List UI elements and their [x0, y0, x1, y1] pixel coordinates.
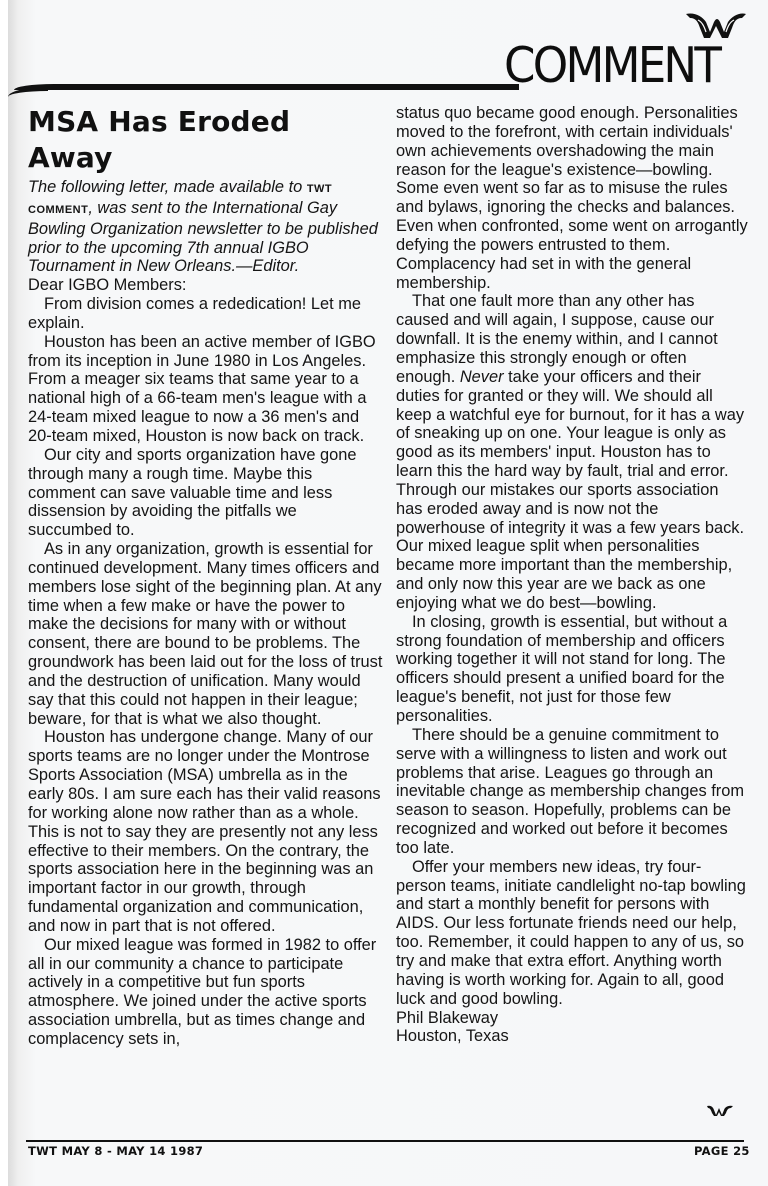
section-title: COMMENT: [504, 41, 725, 91]
signature-name: Phil Blakeway: [396, 1009, 748, 1028]
masthead-rule: [14, 84, 519, 90]
paragraph: From division comes a rededication! Let …: [28, 295, 384, 333]
editor-note-part1: The following letter, made available to: [28, 178, 307, 196]
emphasis-never: Never: [460, 368, 504, 386]
issue-dateline: TWT MAY 8 - MAY 14 1987: [28, 1144, 203, 1158]
paragraph-continued: status quo became good enough. Personali…: [396, 104, 748, 292]
signature-location: Houston, Texas: [396, 1027, 748, 1046]
article-column-left: MSA Has Eroded Away The following letter…: [28, 104, 384, 1049]
paragraph: Our mixed league was formed in 1982 to o…: [28, 936, 384, 1049]
article-column-right: status quo became good enough. Personali…: [396, 104, 748, 1046]
page-edge: [0, 0, 8, 1186]
paragraph: There should be a genuine commitment to …: [396, 726, 748, 858]
paragraph: Houston has undergone change. Many of ou…: [28, 728, 384, 935]
editor-note: The following letter, made available to …: [28, 178, 384, 276]
paragraph: Houston has been an active member of IGB…: [28, 333, 384, 446]
footer-rule: [26, 1140, 744, 1142]
paragraph: Our city and sports organization have go…: [28, 446, 384, 540]
section-masthead: COMMENT: [8, 0, 768, 100]
twt-logo-icon: [684, 10, 748, 40]
salutation: Dear IGBO Members:: [28, 276, 384, 295]
fault-text-2: take your officers and their duties for …: [396, 368, 744, 612]
twt-end-mark-icon: [706, 1103, 734, 1117]
paragraph: In closing, growth is essential, but wit…: [396, 613, 748, 726]
paragraph: As in any organization, growth is essent…: [28, 540, 384, 728]
article-headline: MSA Has Eroded Away: [28, 104, 384, 176]
page-number: PAGE 25: [694, 1144, 750, 1158]
paragraph: That one fault more than any other has c…: [396, 292, 748, 612]
paragraph: Offer your members new ideas, try four-p…: [396, 858, 748, 1009]
